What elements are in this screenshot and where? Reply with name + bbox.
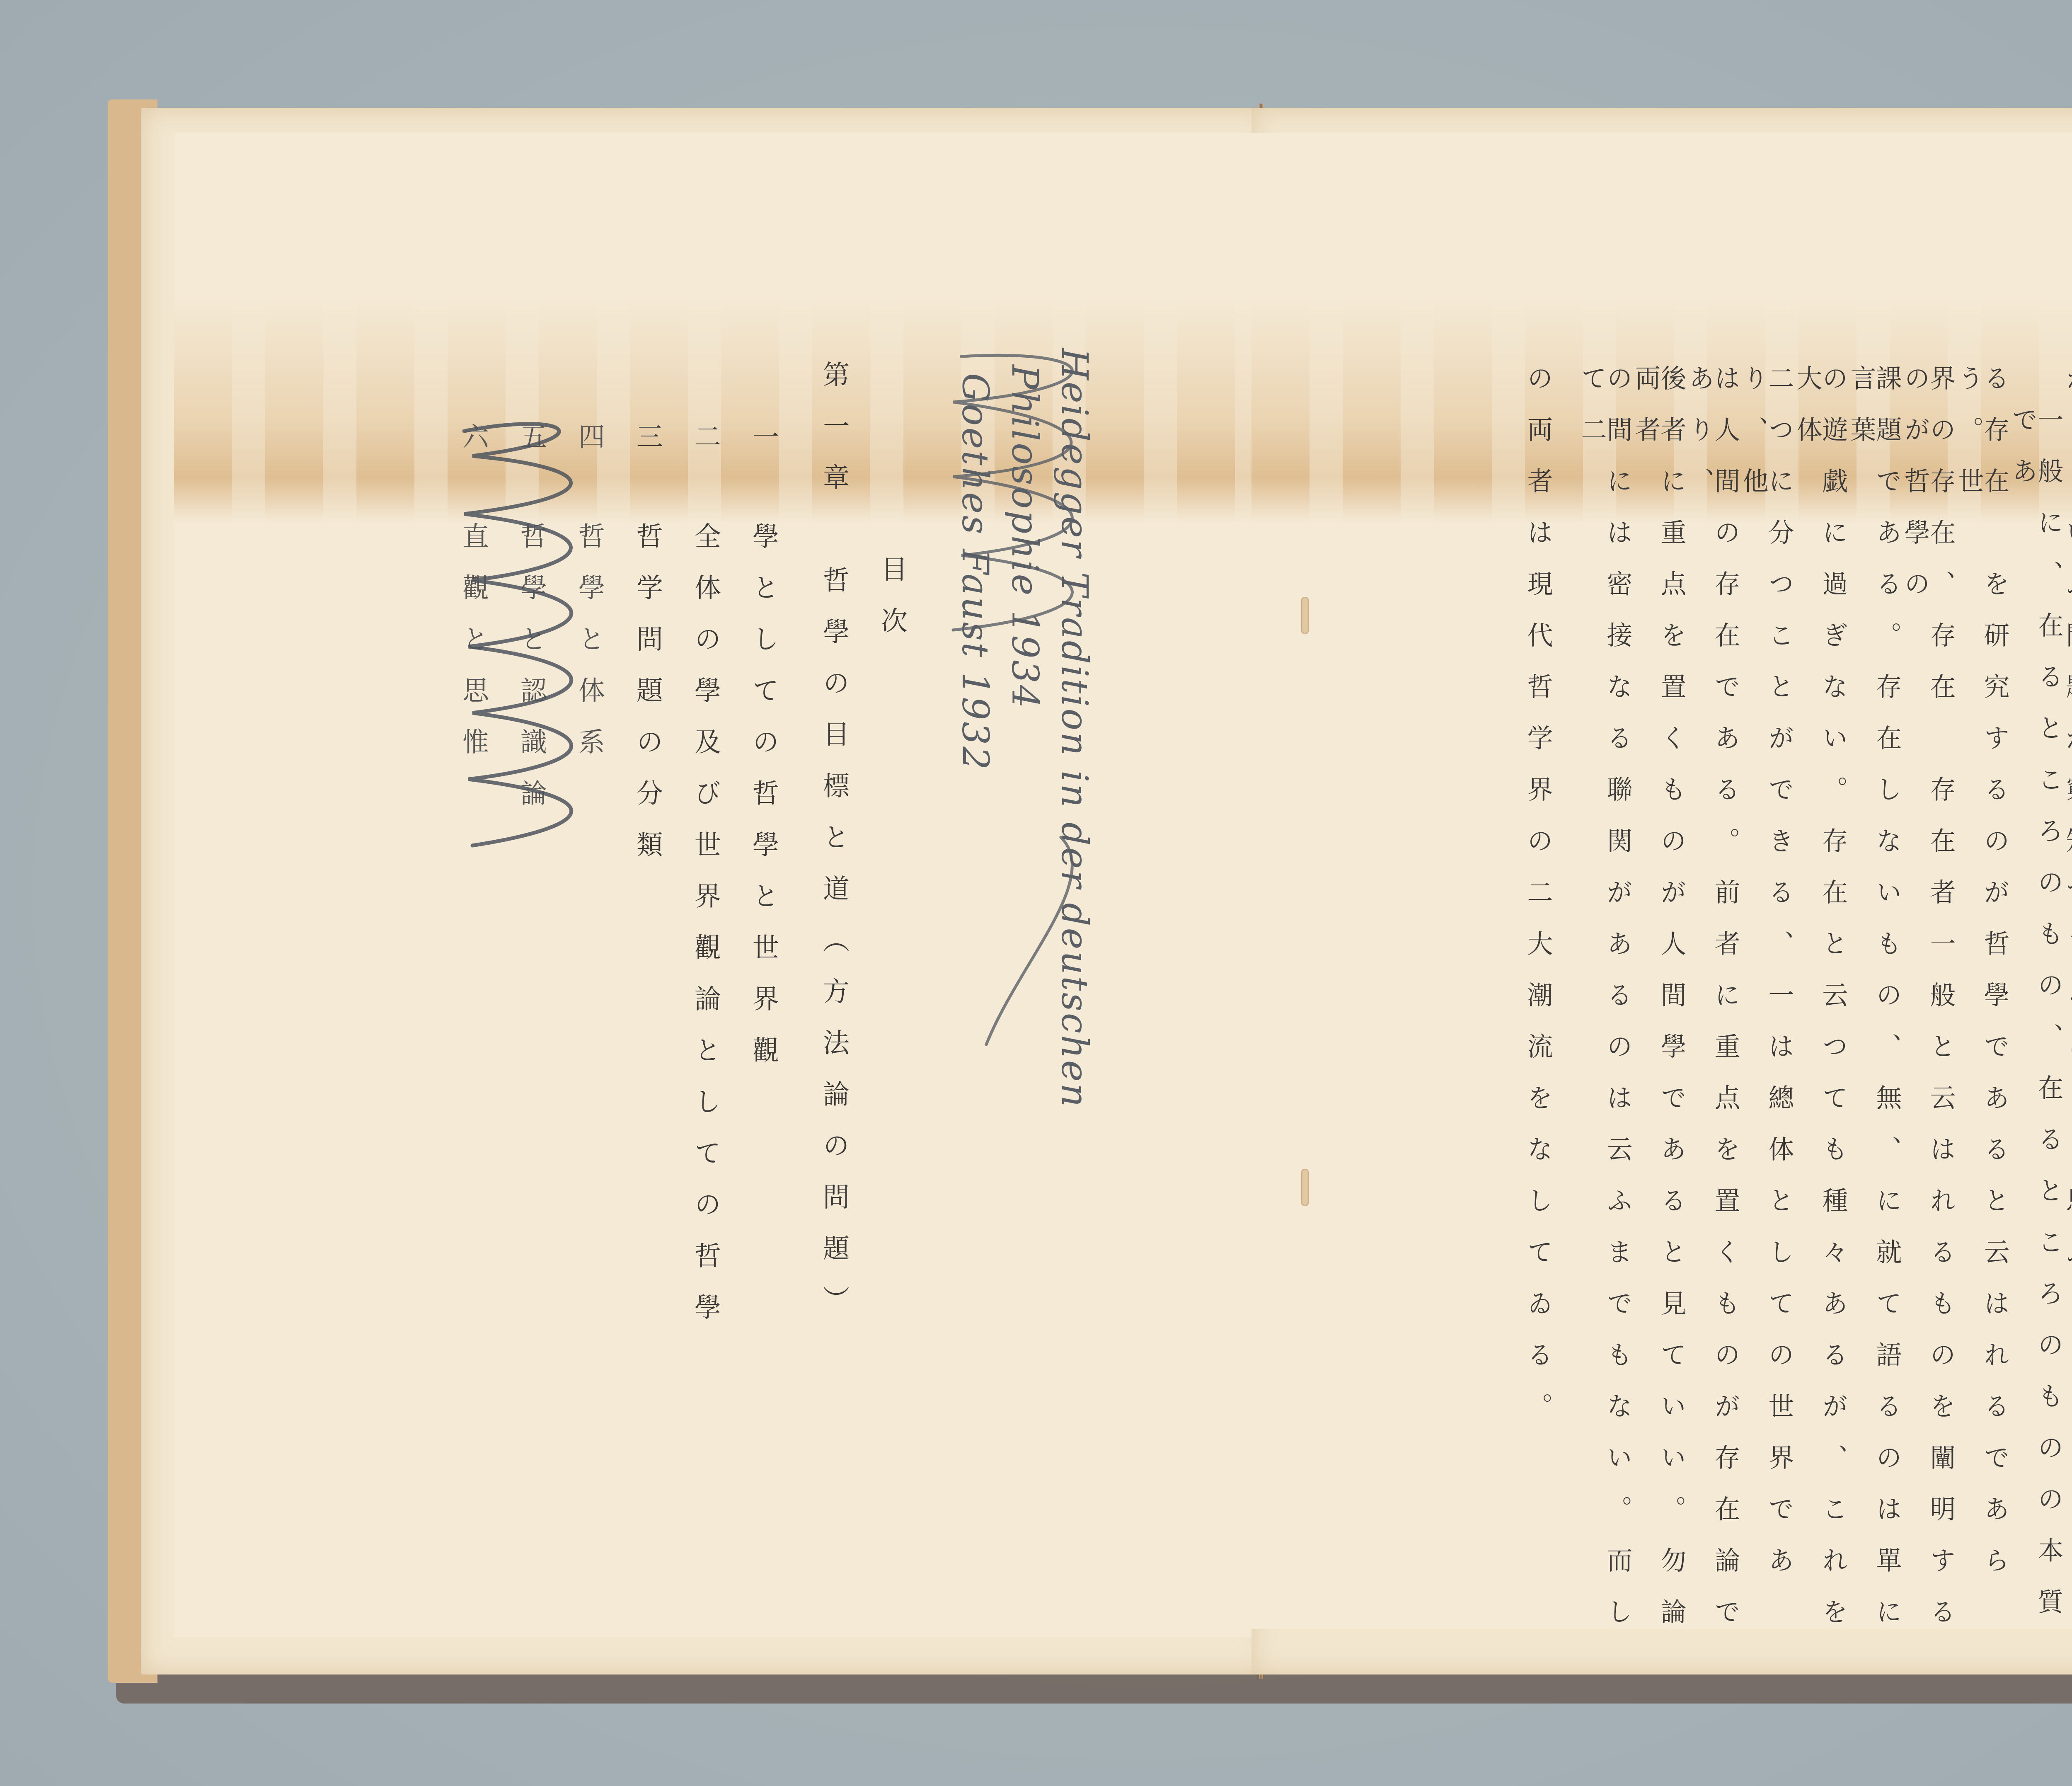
binding-hole	[1301, 597, 1309, 634]
text-column: 一般に、在るところのもの、在るところのものの本質であ	[2010, 406, 2061, 1675]
left-page: 目次 第一章 哲學の目標と道（方法論の問題） 一 學としての哲學と世界觀 二 全…	[141, 108, 1268, 1675]
binding-hole	[1301, 1169, 1309, 1206]
toc-section-title-struck: 直觀と思惟	[460, 522, 487, 779]
toc-section-title-struck: 哲學と認識論	[518, 522, 545, 831]
toc-section-title: 全体の學及び世界觀論としての哲學	[692, 522, 719, 1345]
handwritten-inscription-line: Goethes Faust 1932	[953, 373, 997, 1161]
chapter-heading: 第一章 哲學の目標と道（方法論の問題）	[821, 361, 847, 1337]
toc-section-title: 學としての哲學と世界觀	[750, 522, 777, 1088]
text-column: の両者は現代哲学界の二大潮流をなしてゐる。	[1525, 365, 1551, 1444]
text-column: 二つに分つことができる、一は總体としての世界であり、他	[1740, 365, 1792, 1675]
text-column: は人間の存在である。前者に重点を置くものが存在論であり、	[1687, 365, 1738, 1675]
right-page: か、といふ問題が窮知できること、思ふ。 一般に、在るところのもの、在るところのも…	[1251, 108, 2072, 1675]
toc-section-number: 三	[634, 423, 661, 474]
text-column: 界の存在、存在 存在者一般と云はれるものを闡明するのが哲學の	[1902, 365, 1953, 1675]
toc-section-title: 哲学問題の分類	[634, 522, 661, 882]
toc-title: 目次	[879, 555, 905, 658]
text-column: 後者に重点を置くものが人間學であると見ていい。勿論両者	[1633, 365, 1684, 1675]
open-book: 目次 第一章 哲學の目標と道（方法論の問題） 一 學としての哲學と世界觀 二 全…	[108, 99, 2072, 1683]
text-column: の遊戯に過ぎない。存在と云つても種々あるが、これを大体	[1794, 365, 1846, 1675]
text-column: る存在 を研究するのが哲學であると云はれるであらう。世	[1956, 365, 2007, 1675]
text-column: の間には密接なる聯関があるのは云ふまでもない。而して二	[1579, 365, 1630, 1675]
text-column: 課題である。存在しないもの、無、に就て語るのは單に言葉	[1848, 365, 1900, 1675]
handwritten-inscription-line: Heidegger Tradition in der deutschen	[1053, 348, 1097, 1384]
left-page-leaf	[174, 133, 1268, 1637]
toc-section-number-struck: 四	[576, 423, 603, 474]
text-column: か、といふ問題が窮知できること、思ふ。	[2064, 365, 2072, 1341]
toc-section-number: 二	[692, 423, 719, 474]
toc-section-number: 一	[750, 423, 777, 474]
toc-section-title-struck: 哲學と体系	[576, 522, 603, 779]
toc-section-number-struck: 六	[460, 423, 487, 474]
handwritten-inscription-line: Philosophie 1934	[1003, 365, 1047, 1194]
toc-section-number-struck: 五	[518, 423, 545, 474]
water-stain	[174, 298, 1268, 522]
